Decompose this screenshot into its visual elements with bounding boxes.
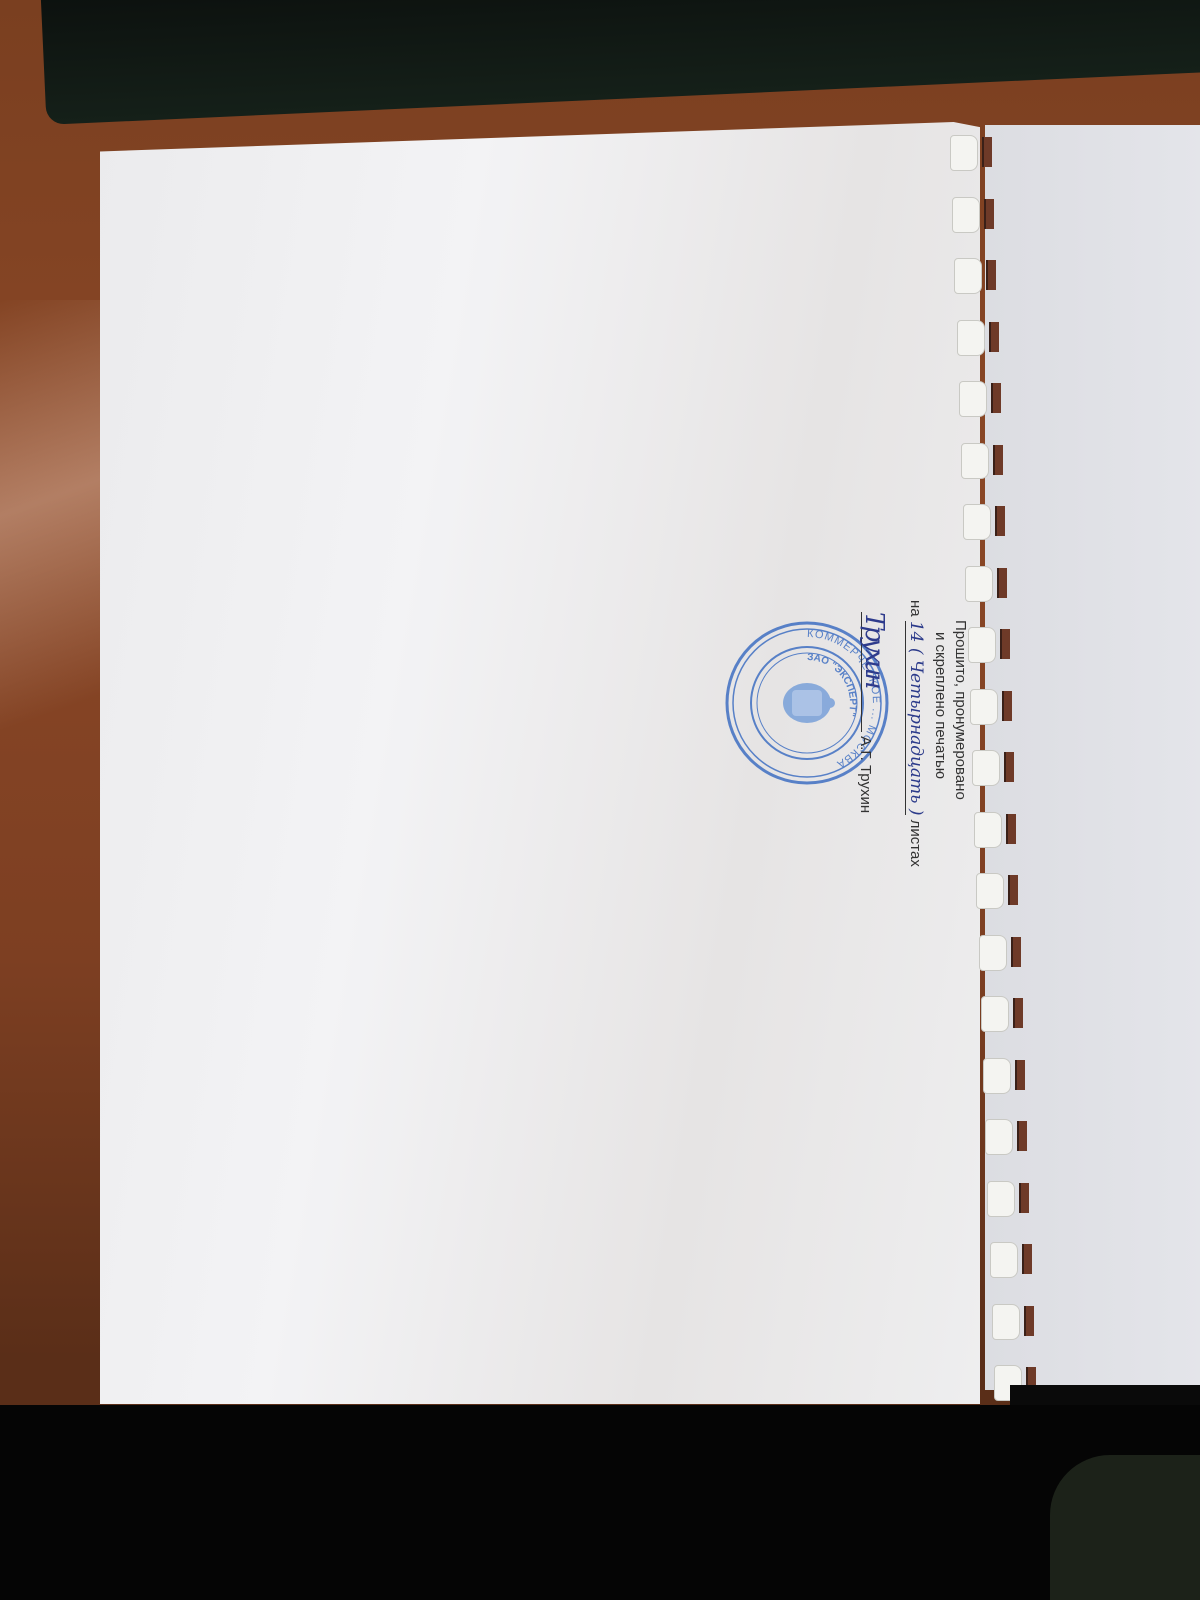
certification-line-1: Прошито, пронумеровано	[950, 620, 970, 800]
signature-line: Трухин А.Г. Трухин	[855, 612, 875, 813]
certification-inscription: Прошито, пронумеровано и скреплено печат…	[750, 612, 1000, 902]
signature-field: Трухин	[861, 612, 862, 732]
certification-line-2: и скреплено печатью	[930, 632, 950, 779]
binding-ring	[985, 1119, 1025, 1153]
sheet-count-suffix: листах	[907, 820, 924, 867]
binding-ring	[959, 381, 999, 415]
binding-ring	[990, 1242, 1030, 1276]
handwritten-signature: Трухин	[854, 612, 884, 732]
sheet-count-line: на 14 ( Четырнадцать ) листах	[905, 600, 926, 867]
binding-ring	[957, 320, 997, 354]
binding-ring	[963, 504, 1003, 538]
binding-ring	[979, 935, 1019, 969]
signatory-name: А.Г. Трухин	[857, 736, 874, 813]
binding-ring	[987, 1181, 1027, 1215]
desk-glare	[0, 300, 110, 800]
sheet-count-prefix: на	[907, 600, 924, 617]
sheet-count-number: 14	[906, 621, 926, 643]
binding-ring	[992, 1304, 1032, 1338]
binding-ring	[981, 996, 1021, 1030]
binding-ring	[965, 566, 1005, 600]
black-cover-bottom	[0, 1405, 1200, 1600]
dark-object	[1050, 1455, 1200, 1600]
binding-ring	[983, 1058, 1023, 1092]
binding-ring	[954, 258, 994, 292]
sheet-count-words: ( Четырнадцать )	[906, 648, 926, 816]
sheet-count-handwritten: 14 ( Четырнадцать )	[905, 621, 926, 816]
binding-ring	[961, 443, 1001, 477]
binding-ring	[952, 197, 992, 231]
binding-ring	[950, 135, 990, 169]
